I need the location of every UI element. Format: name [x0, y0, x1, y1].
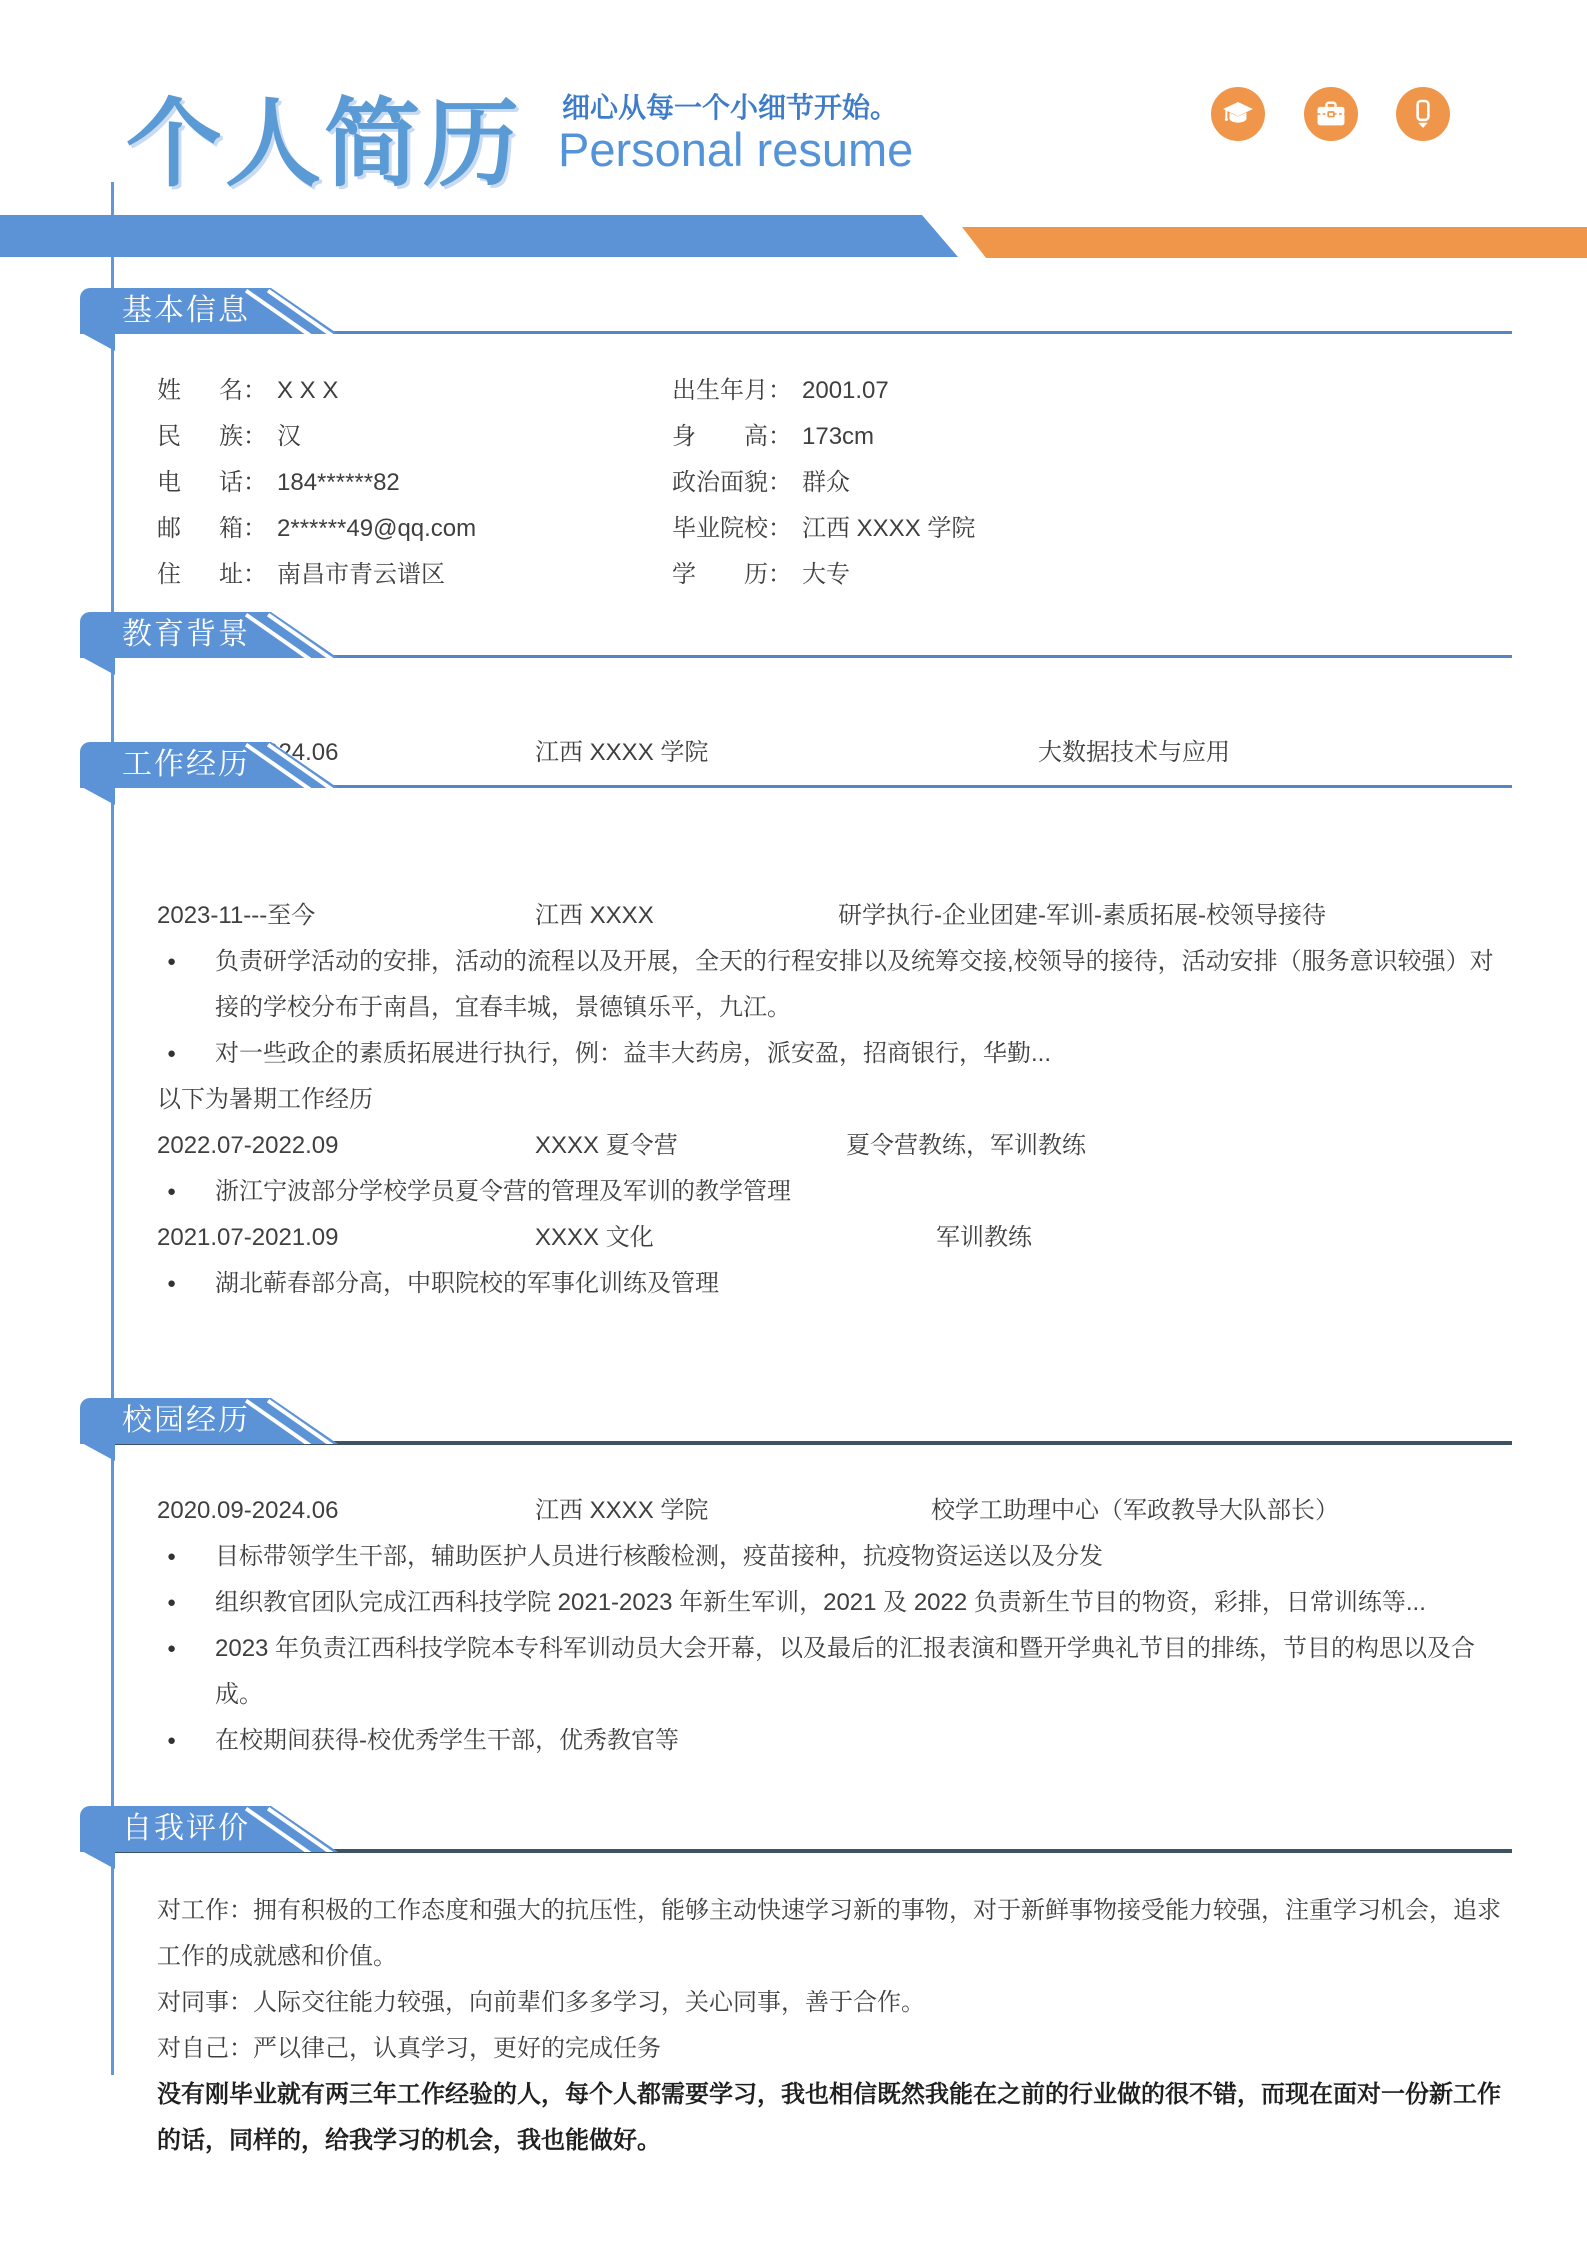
info-cell: 政治面貌：群众 — [672, 460, 850, 506]
self-highlight-paragraph: 没有刚毕业就有两三年工作经验的人，每个人都需要学习，我也相信既然我能在之前的行业… — [157, 2072, 1509, 2164]
bullet-item: 湖北蕲春部分高，中职院校的军事化训练及管理 — [157, 1261, 1509, 1307]
header-tagline: 细心从每一个小细节开始。 — [562, 86, 898, 126]
job-role: 研学执行-企业团建-军训-素质拓展-校领导接待 — [838, 893, 1509, 939]
job-date: 2021.07-2021.09 — [157, 1215, 535, 1261]
field-label: 民族 — [157, 414, 243, 460]
section-basic-info: 基本信息 姓名：X X X 出生年月：2001.07 民族：汉 身高：173cm… — [0, 288, 1587, 598]
page-title: 个人简历 — [126, 92, 522, 198]
field-value: 群众 — [802, 469, 850, 496]
field-value: 184******82 — [277, 469, 400, 496]
field-value: 江西 XXXX 学院 — [802, 515, 975, 542]
field-label: 学历 — [672, 552, 768, 598]
info-cell: 出生年月：2001.07 — [672, 368, 889, 414]
field-label: 出生年月 — [672, 368, 768, 414]
campus-date: 2020.09-2024.06 — [157, 1488, 535, 1534]
bullet-item: 组织教官团队完成江西科技学院 2021-2023 年新生军训，2021 及 20… — [157, 1580, 1509, 1626]
field-colon: ： — [243, 469, 267, 496]
field-colon: ： — [243, 515, 267, 542]
self-evaluation-content: 对工作：拥有积极的工作态度和强大的抗压性，能够主动快速学习新的事物，对于新鲜事物… — [0, 1806, 1587, 2164]
field-label: 邮箱 — [157, 506, 243, 552]
bullet-item: 负责研学活动的安排，活动的流程以及开展，全天的行程安排以及统筹交接,校领导的接待… — [157, 939, 1509, 1031]
section-campus: 校园经历 2020.09-2024.06 江西 XXXX 学院 校学工助理中心（… — [0, 1398, 1587, 1764]
info-cell: 学历：大专 — [672, 552, 850, 598]
job-org: XXXX 文化 — [535, 1215, 936, 1261]
job-role: 夏令营教练，军训教练 — [846, 1123, 1509, 1169]
info-cell: 邮箱：2******49@qq.com — [157, 506, 672, 552]
field-value: 南昌市青云谱区 — [277, 561, 445, 588]
field-colon: ： — [768, 423, 792, 450]
field-value: 大专 — [802, 561, 850, 588]
header-ribbon-blue — [0, 215, 958, 257]
bullet-item: 目标带领学生干部，辅助医护人员进行核酸检测，疫苗接种，抗疫物资运送以及分发 — [157, 1534, 1509, 1580]
bullet-item: 对一些政企的素质拓展进行执行，例：益丰大药房，派安盈，招商银行，华勤... — [157, 1031, 1509, 1077]
field-colon: ： — [243, 377, 267, 404]
field-colon: ： — [768, 469, 792, 496]
field-value: 2001.07 — [802, 377, 889, 404]
job-role: 军训教练 — [936, 1215, 1509, 1261]
field-label: 电话 — [157, 460, 243, 506]
self-paragraph-colleagues: 对同事：人际交往能力较强，向前辈们多多学习，关心同事，善于合作。 — [157, 1980, 1509, 2026]
field-label: 住址 — [157, 552, 243, 598]
field-value: X X X — [277, 377, 338, 404]
info-cell: 电话：184******82 — [157, 460, 672, 506]
work-job2-row: 2022.07-2022.09 XXXX 夏令营 夏令营教练，军训教练 — [157, 1123, 1509, 1169]
info-cell: 身高：173cm — [672, 414, 874, 460]
work-note: 以下为暑期工作经历 — [157, 1077, 1509, 1123]
job-org: XXXX 夏令营 — [535, 1123, 846, 1169]
field-colon: ： — [768, 561, 792, 588]
bullet-item: 在校期间获得-校优秀学生干部，优秀教官等 — [157, 1718, 1509, 1764]
bookmark-pen-icon — [1396, 87, 1450, 141]
job-date: 2023-11---至今 — [157, 893, 535, 939]
work-job1-row: 2023-11---至今 江西 XXXX 研学执行-企业团建-军训-素质拓展-校… — [157, 893, 1509, 939]
info-row: 姓名：X X X 出生年月：2001.07 — [157, 368, 1509, 414]
bullet-item: 2023 年负责江西科技学院本专科军训动员大会开幕，以及最后的汇报表演和暨开学典… — [157, 1626, 1509, 1718]
field-colon: ： — [768, 377, 792, 404]
section-self-evaluation: 自我评价 对工作：拥有积极的工作态度和强大的抗压性，能够主动快速学习新的事物，对… — [0, 1806, 1587, 2164]
info-row: 电话：184******82 政治面貌：群众 — [157, 460, 1509, 506]
job-date: 2022.07-2022.09 — [157, 1123, 535, 1169]
campus-role: 校学工助理中心（军政教导大队部长） — [931, 1488, 1509, 1534]
basic-info-content: 姓名：X X X 出生年月：2001.07 民族：汉 身高：173cm 电话：1… — [0, 288, 1587, 598]
info-cell: 民族：汉 — [157, 414, 672, 460]
info-cell: 住址：南昌市青云谱区 — [157, 552, 672, 598]
self-paragraph-self: 对自己：严以律己，认真学习，更好的完成任务 — [157, 2026, 1509, 2072]
field-label: 身高 — [672, 414, 768, 460]
work-job3-row: 2021.07-2021.09 XXXX 文化 军训教练 — [157, 1215, 1509, 1261]
info-row: 邮箱：2******49@qq.com 毕业院校：江西 XXXX 学院 — [157, 506, 1509, 552]
campus-org: 江西 XXXX 学院 — [535, 1488, 931, 1534]
work-content: 2023-11---至今 江西 XXXX 研学执行-企业团建-军训-素质拓展-校… — [0, 742, 1587, 1307]
self-paragraph-work: 对工作：拥有积极的工作态度和强大的抗压性，能够主动快速学习新的事物，对于新鲜事物… — [157, 1888, 1509, 1980]
resume-page: 个人简历 细心从每一个小细节开始。 Personal resume 基本信息 — [0, 0, 1587, 2245]
info-row: 住址：南昌市青云谱区 学历：大专 — [157, 552, 1509, 598]
field-label: 政治面貌 — [672, 460, 768, 506]
work-job2-bullets: 浙江宁波部分学校学员夏令营的管理及军训的教学管理 — [157, 1169, 1509, 1215]
graduation-cap-icon — [1211, 87, 1265, 141]
section-work: 工作经历 2023-11---至今 江西 XXXX 研学执行-企业团建-军训-素… — [0, 742, 1587, 1307]
campus-entry-row: 2020.09-2024.06 江西 XXXX 学院 校学工助理中心（军政教导大… — [157, 1488, 1509, 1534]
info-cell: 姓名：X X X — [157, 368, 672, 414]
field-value: 汉 — [277, 423, 301, 450]
campus-content: 2020.09-2024.06 江西 XXXX 学院 校学工助理中心（军政教导大… — [0, 1398, 1587, 1764]
briefcase-icon — [1304, 87, 1358, 141]
bullet-item: 浙江宁波部分学校学员夏令营的管理及军训的教学管理 — [157, 1169, 1509, 1215]
work-job3-bullets: 湖北蕲春部分高，中职院校的军事化训练及管理 — [157, 1261, 1509, 1307]
header-subtitle: Personal resume — [558, 122, 913, 177]
campus-bullets: 目标带领学生干部，辅助医护人员进行核酸检测，疫苗接种，抗疫物资运送以及分发 组织… — [157, 1534, 1509, 1764]
header-ribbon-orange — [962, 227, 1587, 258]
field-label: 毕业院校 — [672, 506, 768, 552]
job-org: 江西 XXXX — [535, 893, 838, 939]
info-row: 民族：汉 身高：173cm — [157, 414, 1509, 460]
field-value: 173cm — [802, 423, 874, 450]
info-cell: 毕业院校：江西 XXXX 学院 — [672, 506, 975, 552]
field-label: 姓名 — [157, 368, 243, 414]
work-job1-bullets: 负责研学活动的安排，活动的流程以及开展，全天的行程安排以及统筹交接,校领导的接待… — [157, 939, 1509, 1077]
field-colon: ： — [243, 423, 267, 450]
field-colon: ： — [243, 561, 267, 588]
field-value: 2******49@qq.com — [277, 515, 476, 542]
field-colon: ： — [768, 515, 792, 542]
